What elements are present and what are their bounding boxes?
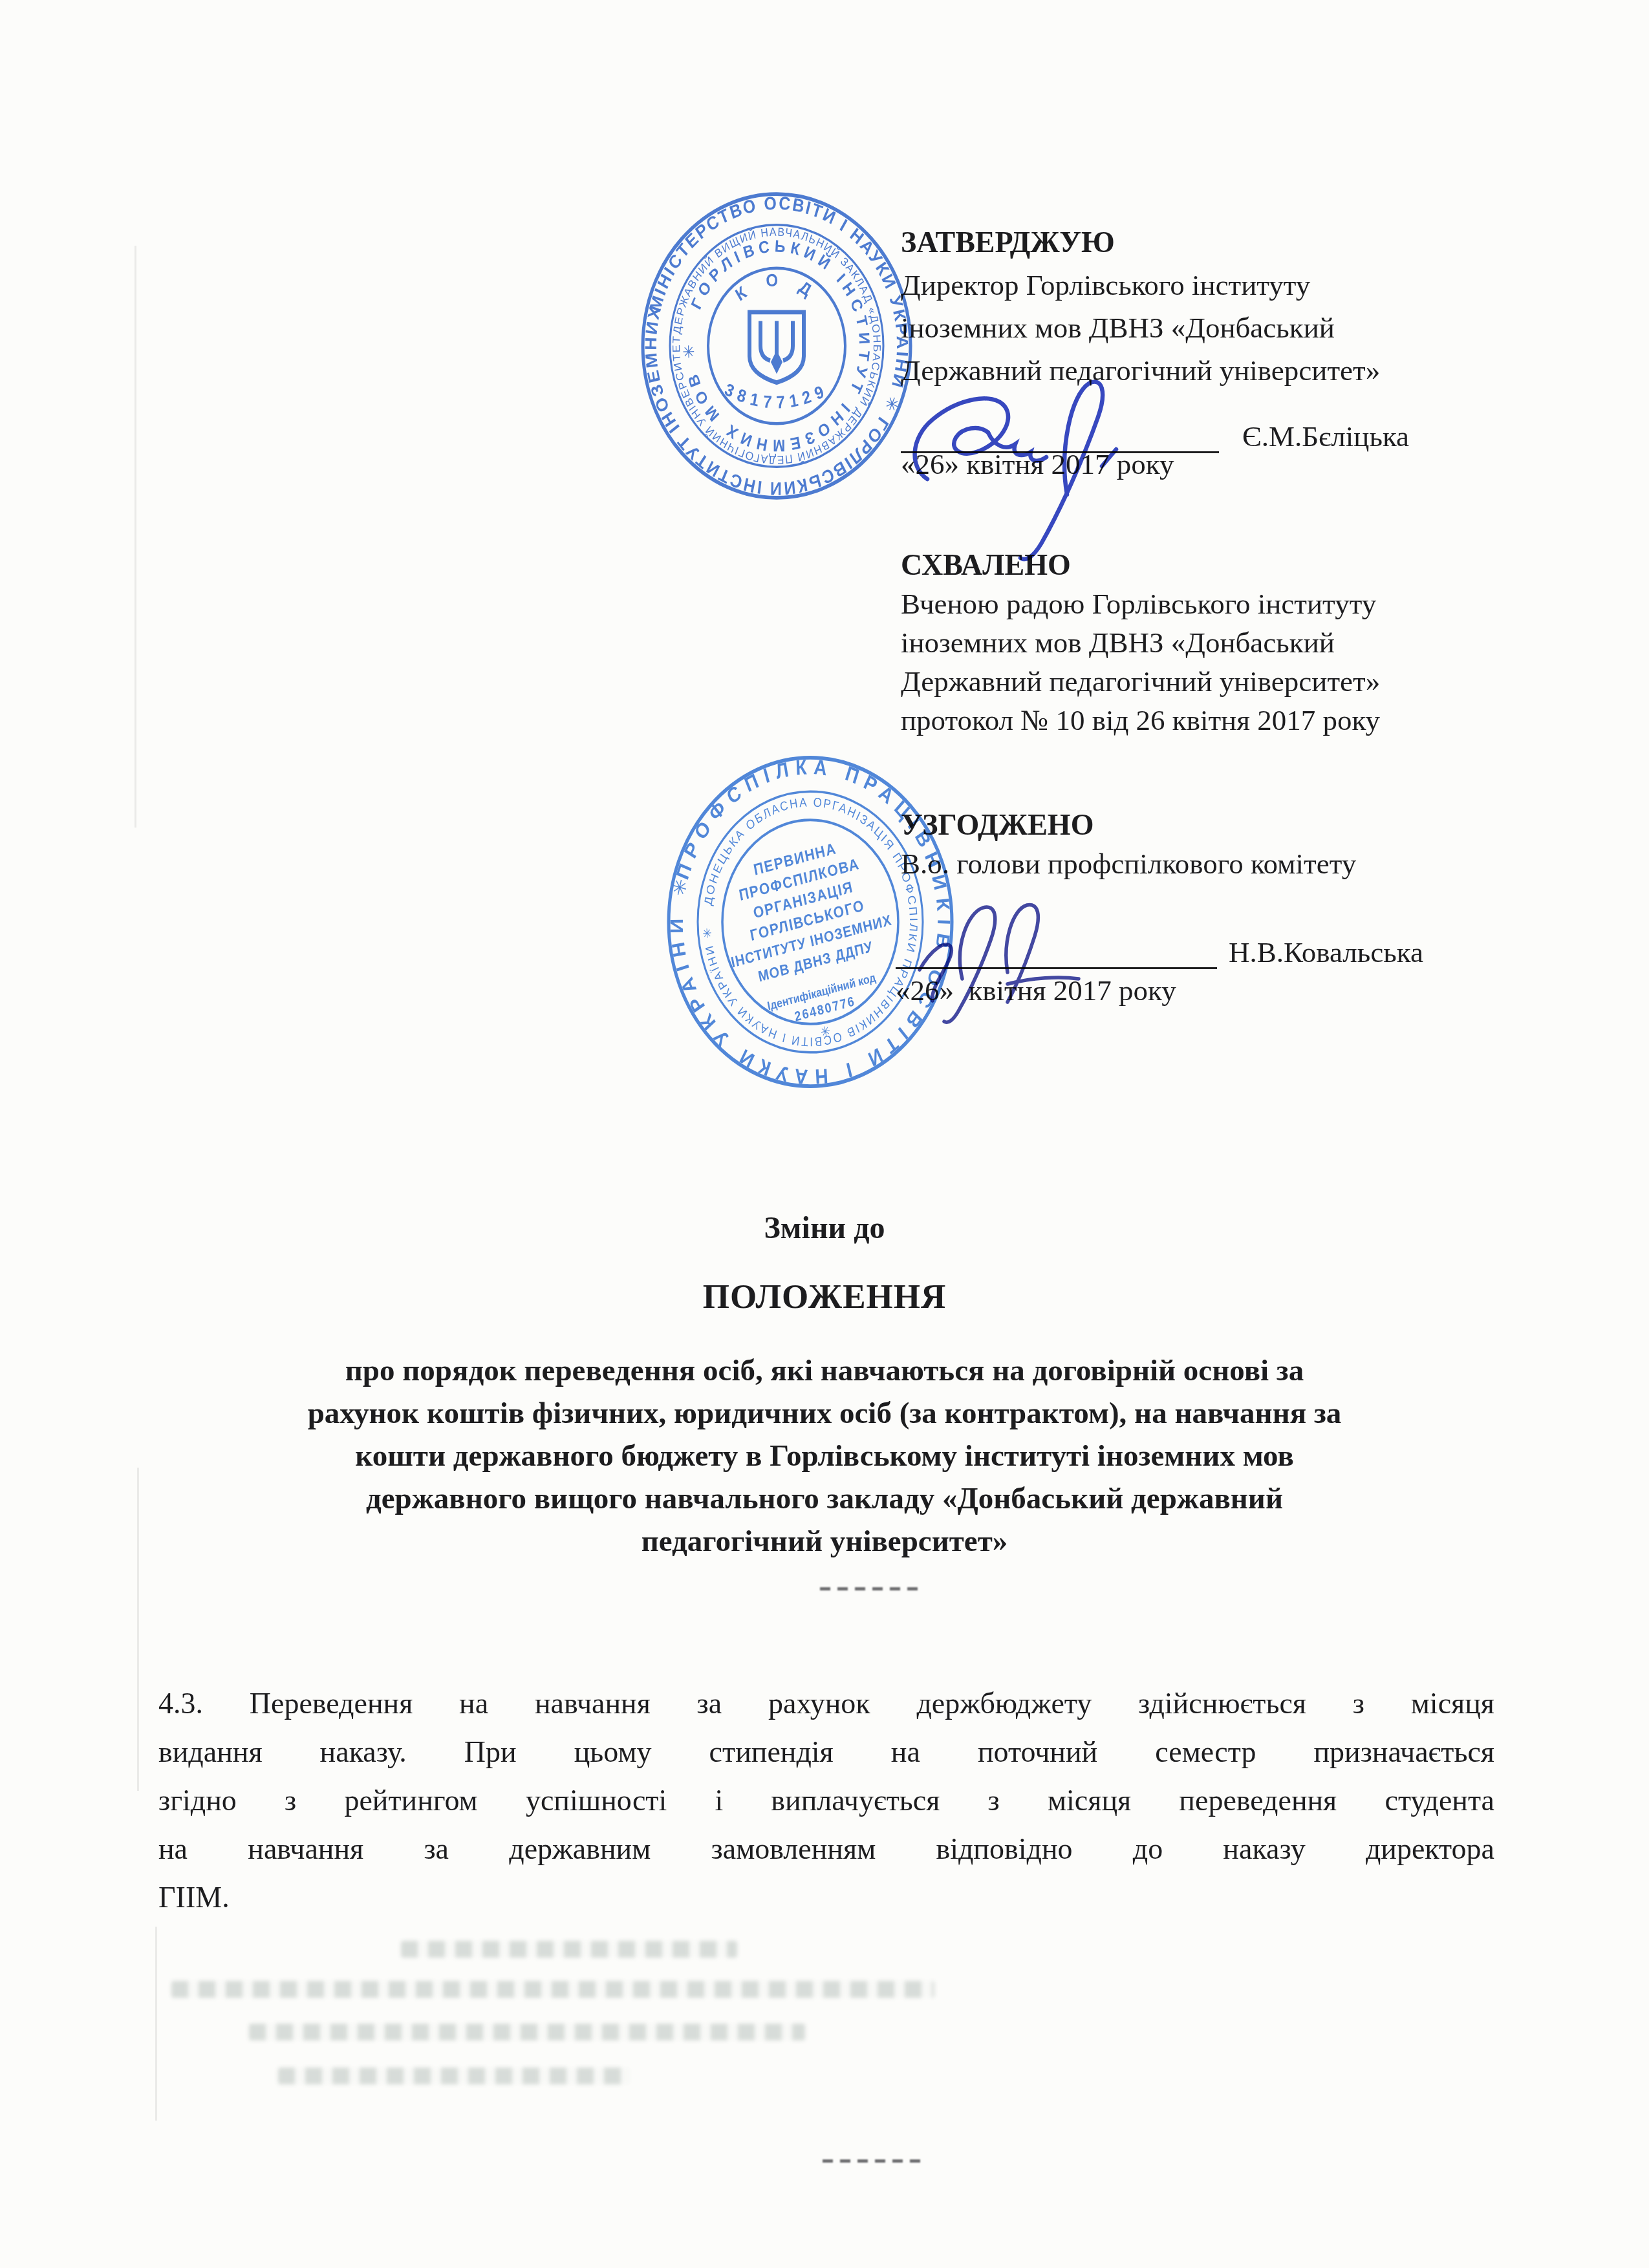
body-line: на навчання за державним замовленням від… xyxy=(158,1824,1494,1873)
endorse-line: іноземних мов ДВНЗ «Донбаський xyxy=(901,623,1380,662)
document-title-line2: ПОЛОЖЕННЯ xyxy=(0,1278,1649,1316)
body-line: ГІІМ. xyxy=(158,1873,1494,1921)
subtitle-line: про порядок переведення осіб, які навчаю… xyxy=(145,1349,1503,1392)
approve-line: іноземних мов ДВНЗ «Донбаський xyxy=(901,306,1380,349)
approve-signee-name: Є.М.Бєліцька xyxy=(1242,420,1409,453)
union-head-signature xyxy=(905,887,1125,1042)
body-line: видання наказу. При цьому стипендія на п… xyxy=(158,1728,1494,1776)
endorse-line: Державний педагогічний університет» xyxy=(901,662,1380,701)
approve-heading: ЗАТВЕРДЖУЮ xyxy=(901,221,1380,264)
subtitle-line: педагогічний університет» xyxy=(145,1520,1503,1563)
agree-heading: УЗГОДЖЕНО xyxy=(901,806,1356,844)
endorse-line: Вченою радою Горлівського інституту xyxy=(901,584,1380,623)
approve-line: Директор Горлівського інституту xyxy=(901,264,1380,306)
agree-signee-name: Н.В.Ковальська xyxy=(1229,936,1423,969)
document-subtitle: про порядок переведення осіб, які навчаю… xyxy=(145,1349,1503,1563)
scan-bleed-artifact xyxy=(171,1981,934,1998)
trident-shield-icon xyxy=(749,312,804,383)
scanner-streak xyxy=(155,1927,157,2121)
body-paragraph-4-3: 4.3. Переведення на навчання за рахунок … xyxy=(158,1679,1494,1921)
scan-bleed-artifact xyxy=(249,2024,805,2040)
scanner-streak xyxy=(137,1468,139,1791)
approval-block-endorse: СХВАЛЕНО Вченою радою Горлівського інсти… xyxy=(901,546,1380,740)
body-line: згідно з рейтингом успішності і виплачує… xyxy=(158,1776,1494,1824)
director-signature xyxy=(904,352,1182,566)
scanner-streak xyxy=(135,246,136,828)
subtitle-line: кошти державного бюджету в Горлівському … xyxy=(145,1435,1503,1477)
institute-round-seal: МІНІСТЕРСТВО ОСВІТИ І НАУКИ УКРАЇНИ ✳ ГО… xyxy=(632,182,921,509)
ink-smudge xyxy=(820,1587,923,1590)
approval-block-agree: УЗГОДЖЕНО В.о. голови профспілкового ком… xyxy=(901,806,1356,883)
body-line: 4.3. Переведення на навчання за рахунок … xyxy=(158,1679,1494,1728)
subtitle-line: рахунок коштів фізичних, юридичних осіб … xyxy=(145,1392,1503,1435)
scan-bleed-artifact xyxy=(278,2068,630,2084)
agree-line: В.о. голови профспілкового комітету xyxy=(901,844,1356,883)
ink-smudge xyxy=(823,2159,925,2163)
union-seal-asterisk: ✳ xyxy=(819,1023,832,1041)
scanned-document-page: ЗАТВЕРДЖУЮ Директор Горлівського інститу… xyxy=(0,0,1649,2268)
endorse-line: протокол № 10 від 26 квітня 2017 року xyxy=(901,701,1380,740)
document-title-line1: Зміни до xyxy=(0,1210,1649,1246)
scan-bleed-artifact xyxy=(401,1941,737,1958)
subtitle-line: державного вищого навчального закладу «Д… xyxy=(145,1477,1503,1520)
